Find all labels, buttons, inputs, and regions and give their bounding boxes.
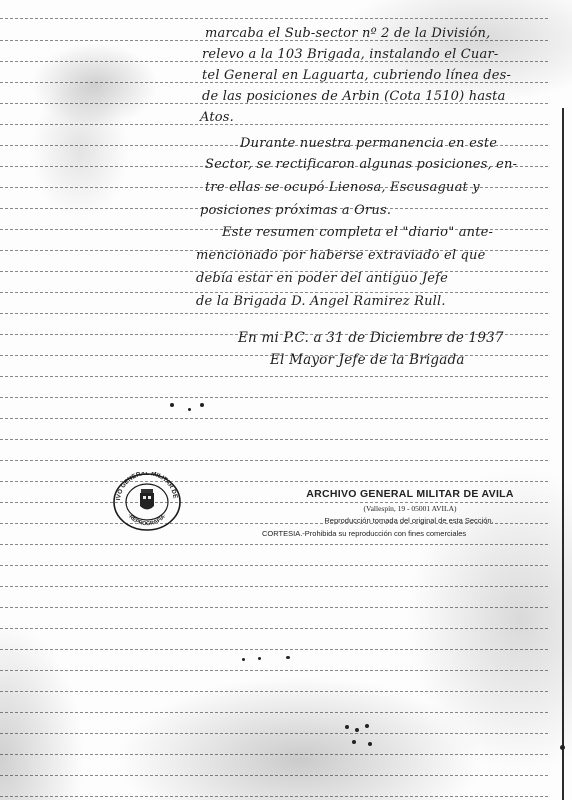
ink-mark xyxy=(242,658,245,661)
ink-mark xyxy=(345,725,349,729)
ink-mark xyxy=(258,657,261,660)
archive-stamp: ARCHIVO GENERAL MILITAR DE AVILA ·REPROG… xyxy=(112,472,182,532)
body-line: posiciones próximas a Orus. xyxy=(200,203,391,218)
body-line: Sector, se rectificaron algunas posicion… xyxy=(205,157,517,172)
ink-mark xyxy=(200,403,204,407)
body-line: tel General en Laguarta, cubriendo línea… xyxy=(202,68,511,83)
ink-mark xyxy=(560,745,565,750)
signature-line: El Mayor Jefe de la Brigada xyxy=(270,352,465,368)
body-line: Atos. xyxy=(200,110,234,125)
archive-reproduction-note: Reproducción tomada del original de esta… xyxy=(266,516,552,525)
ink-mark xyxy=(286,656,290,659)
body-line: marcaba el Sub-sector nº 2 de la Divisió… xyxy=(205,26,490,41)
margin-line xyxy=(562,108,564,800)
body-line: relevo a la 103 Brigada, instalando el C… xyxy=(202,47,498,62)
body-line: de las posiciones de Arbin (Cota 1510) h… xyxy=(202,89,506,104)
ink-mark xyxy=(170,403,174,407)
ink-mark xyxy=(188,408,191,411)
ink-mark xyxy=(352,740,356,744)
body-line: Durante nuestra permanencia en este xyxy=(240,136,497,151)
ink-mark xyxy=(368,742,372,746)
archive-courtesy-note: CORTESIA.-Prohibida su reproducción con … xyxy=(262,529,552,538)
stamp-seal-icon: ARCHIVO GENERAL MILITAR DE AVILA ·REPROG… xyxy=(112,472,182,532)
ink-mark xyxy=(355,728,359,732)
body-line: de la Brigada D. Angel Ramirez Rull. xyxy=(196,294,446,309)
body-line: Este resumen completa el "diario" ante- xyxy=(222,225,493,240)
ink-mark xyxy=(365,724,369,728)
body-line: tre ellas se ocupó Lienosa, Escusaguat y xyxy=(205,180,480,195)
body-line: mencionado por haberse extraviado el que xyxy=(196,248,486,263)
archive-title: ARCHIVO GENERAL MILITAR DE AVILA xyxy=(268,488,552,500)
archive-notice: ARCHIVO GENERAL MILITAR DE AVILA (Valles… xyxy=(262,488,552,538)
body-line: debía estar en poder del antiguo Jefe xyxy=(196,271,448,286)
date-line: En mi P.C. a 31 de Diciembre de 1937 xyxy=(238,330,504,346)
archive-address: (Vallespín, 19 - 05001 AVILA) xyxy=(268,504,552,513)
document-page: marcaba el Sub-sector nº 2 de la Divisió… xyxy=(0,0,572,800)
